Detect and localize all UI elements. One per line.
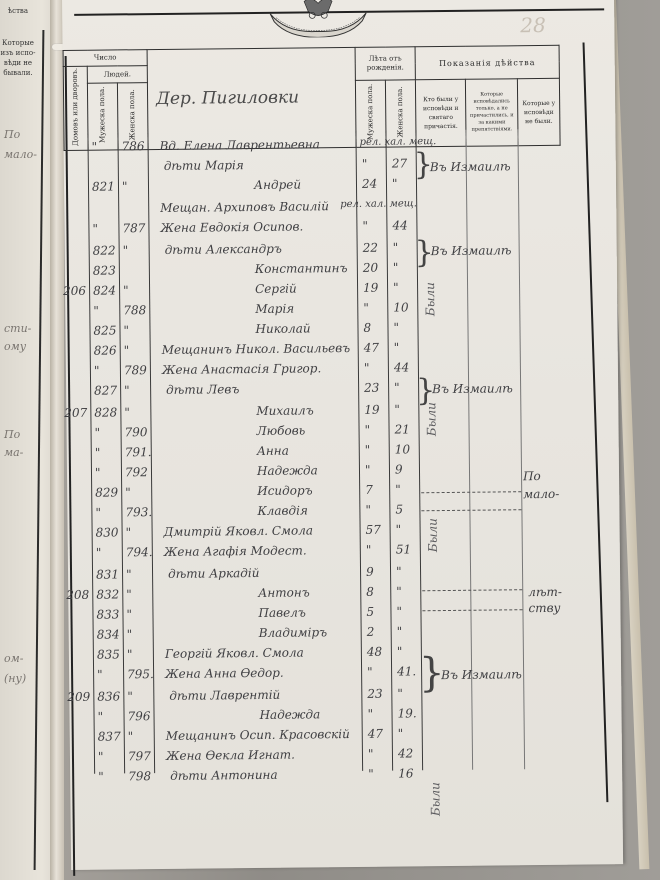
female-age: " [398,726,404,740]
person-name: Жена Евдокія Осипов. [160,219,303,234]
eagle-crest-icon [266,0,370,38]
left-page-header: ѣства [0,6,36,16]
female-number: 798 [128,769,151,783]
left-header-line: вѣди не [0,58,36,68]
person-name: Константинъ [255,261,348,276]
female-age-header-text: Женска пола. [396,86,406,137]
annotation-right: мало- [523,487,559,501]
female-number: " [127,627,133,641]
person-name: Дмитрій Яковл. Смола [164,523,314,539]
age-group-header: Лѣта отъ рожденія. [355,47,415,81]
female-age: 16 [398,766,413,780]
female-number: " [127,689,133,703]
person-name: Мещанинъ Осип. Красовскій [166,727,350,743]
person-name: Георгій Яковл. Смола [165,646,304,661]
female-age: " [396,564,402,578]
person-name: Исидоръ [257,483,313,498]
person-name: Клавдія [257,503,308,518]
person-name: дѣти Аркадій [168,566,260,581]
male-age: " [364,361,370,375]
female-age: рел. хал. мещ. [359,136,436,148]
male-age: 23 [367,687,382,701]
female-age: 42 [398,746,413,760]
male-number: 835 [97,647,120,661]
female-age: 5 [395,502,403,516]
annotation-bracket: Въ Измаилѣ [431,243,512,258]
female-number: 797 [128,749,151,763]
female-age: 9 [395,462,403,476]
female-age: " [393,320,399,334]
female-number: " [124,343,130,357]
annotation-vertical: Были [424,402,438,436]
female-number: " [125,485,131,499]
person-name: дѣти Александръ [165,242,282,257]
person-name: Надежда [257,463,318,478]
male-age: " [368,747,374,761]
households-header-text: Домовъ или дворовъ. [71,68,81,146]
female-age: " [397,624,403,638]
female-number: 796 [127,709,150,723]
page-number: 28 [520,13,546,37]
female-age: " [393,240,399,254]
female-age: 10 [395,442,410,456]
male-age: " [363,301,369,315]
person-name: Мещанинъ Никол. Васильевъ [162,341,351,357]
person-name: Жена Анастасія Григор. [162,361,321,377]
person-name: Вд. Елена Лаврентьевна [160,137,320,153]
annotation-bracket: Въ Измаилѣ [430,159,511,174]
female-number: 792 [125,465,148,479]
male-age: " [365,463,371,477]
male-age: 24 [362,177,377,191]
male-age: 5 [366,605,374,619]
household-number: 208 [66,588,89,602]
female-age: 51 [396,542,411,556]
male-age: 22 [363,241,378,255]
female-age: " [393,280,399,294]
female-number: " [123,243,129,257]
male-age: " [364,423,370,437]
person-name: Андрей [254,178,301,192]
female-count-header-text: Женска пола. [128,89,138,140]
male-number: 822 [93,243,116,257]
male-age: 8 [366,585,374,599]
male-number: 837 [98,729,121,743]
male-age: 19 [364,403,379,417]
female-age: 10 [393,300,408,314]
person-name: Анна [257,444,289,458]
male-number: " [94,364,100,378]
female-age: 41. [397,664,416,678]
household-number: 207 [64,406,87,420]
female-number: 794. [126,545,153,559]
left-note: По [4,428,20,441]
left-note: (ну) [4,672,26,685]
female-number: " [124,383,130,397]
person-name: Михаилъ [256,403,313,418]
male-number: 823 [93,263,116,277]
male-age: 8 [363,321,371,335]
person-name: дѣти Марія [164,158,244,173]
male-number: " [96,546,102,560]
male-age: " [365,503,371,517]
male-age: 7 [365,483,373,497]
count-group-header: Число [63,50,147,67]
annotation-bracket: Въ Измаилѣ [441,667,522,682]
frame-right-rule [583,42,609,802]
annotation-vertical: Были [428,782,442,816]
male-age: 2 [367,625,375,639]
left-page-column-header: Которые изъ испо- вѣди не бывали. [0,38,36,78]
person-name: Антонъ [258,585,310,600]
register-page: 28 Число Дер. Пигиловки Лѣта отъ рождені… [62,0,623,870]
annotation-right: По [523,469,541,483]
male-number: 836 [97,689,120,703]
male-age: 23 [364,381,379,395]
female-age: " [397,644,403,658]
female-number: 787 [122,221,145,235]
female-age: " [394,380,400,394]
left-note: мало- [4,148,37,161]
female-number: " [122,179,128,193]
left-header-line: Которые [0,38,36,48]
person-name: Владиміръ [259,625,328,640]
left-header-line: бывали. [0,68,36,78]
person-name: Николай [255,321,310,336]
male-number: 825 [93,323,116,337]
person-name: дѣти Лаврентій [169,688,280,703]
male-number: " [98,750,104,764]
female-number: 790 [124,425,147,439]
male-age: " [368,767,374,781]
annotation-vertical: Были [423,282,437,316]
male-number: 832 [96,587,119,601]
left-note: ом- [4,652,23,665]
annotation-right: ству [528,601,560,615]
book-binding [50,0,64,880]
female-number: " [126,587,132,601]
person-name: дѣти Антонина [170,768,278,783]
left-header-line: изъ испо- [0,48,36,58]
female-age: 21 [394,422,409,436]
male-age: 47 [368,727,383,741]
female-number: 793. [125,505,152,519]
male-age: " [366,543,372,557]
female-number: 789 [124,363,147,377]
male-age: 48 [367,645,382,659]
person-name: дѣти Левъ [166,382,239,397]
male-number: " [92,222,98,236]
male-number: " [97,668,103,682]
person-name: Сергій [255,282,297,296]
male-number: 834 [97,627,120,641]
male-age: 57 [366,523,381,537]
person-name: Жена Анна Өедор. [165,666,284,681]
female-number: 791. [125,445,152,459]
male-age: 19 [363,281,378,295]
person-name: Павелъ [258,605,305,619]
male-age: " [367,707,373,721]
male-age: 20 [363,261,378,275]
male-number: 828 [94,405,117,419]
left-note: сти- [4,322,31,335]
male-number: 830 [96,525,119,539]
annotation-right: лѣт- [528,585,562,599]
male-number: 827 [94,383,117,397]
male-age: " [362,219,368,233]
female-number: " [123,283,129,297]
male-number: 824 [93,283,116,297]
left-note: По [4,128,20,141]
male-number: " [95,446,101,460]
annotation-bracket: Въ Измаилѣ [432,381,513,396]
person-name: Жена Өекла Игнат. [166,748,295,763]
female-age: " [397,686,403,700]
female-age: 44 [392,218,407,232]
female-number: " [124,405,130,419]
female-age: " [395,482,401,496]
female-age: " [394,402,400,416]
male-number: " [92,140,98,154]
female-age: 19. [397,706,416,720]
annotation-vertical: Были [425,518,439,552]
female-number: " [126,567,132,581]
left-note: ому [4,340,26,353]
female-age: " [396,604,402,618]
male-number: " [98,770,104,784]
female-age: " [392,176,398,190]
female-age: " [393,260,399,274]
male-number: " [95,466,101,480]
female-number: " [126,607,132,621]
female-number: " [127,647,133,661]
male-age: 9 [366,565,374,579]
female-number: " [126,525,132,539]
male-number: " [95,506,101,520]
person-name: Надежда [259,707,320,722]
person-name: Любовь [256,423,305,438]
male-number: 833 [96,607,119,621]
male-age: рел. хал. мещ. [340,198,417,210]
male-number: " [93,304,99,318]
female-number: 786 [122,139,145,153]
male-number: 821 [92,179,115,193]
male-age: " [367,665,373,679]
female-number: " [128,729,134,743]
female-number: " [123,323,129,337]
male-number: 829 [95,485,118,499]
person-name: Марія [255,302,294,316]
male-number: 826 [94,343,117,357]
female-age: " [396,584,402,598]
male-number: " [97,710,103,724]
household-number: 209 [67,690,90,704]
left-note: ма- [4,446,23,459]
person-name: Мещан. Архиповъ Василій [160,199,329,215]
people-group-header: Людей. [87,66,147,84]
female-number: 788 [123,303,146,317]
person-name: Жена Агафія Модест. [164,543,307,558]
household-number: 206 [63,284,86,298]
male-number: 831 [96,567,119,581]
indicators-group-header: Показанія дѣйства [415,45,559,80]
female-age: 27 [392,156,407,170]
female-number: 795. [127,667,154,681]
register-row: "798дѣти Антонина"16 [70,765,570,792]
male-number: " [95,426,101,440]
male-age: " [362,157,368,171]
female-age: " [396,522,402,536]
female-age: " [394,340,400,354]
female-age: 44 [394,360,409,374]
male-age: " [365,443,371,457]
male-age: 47 [364,341,379,355]
